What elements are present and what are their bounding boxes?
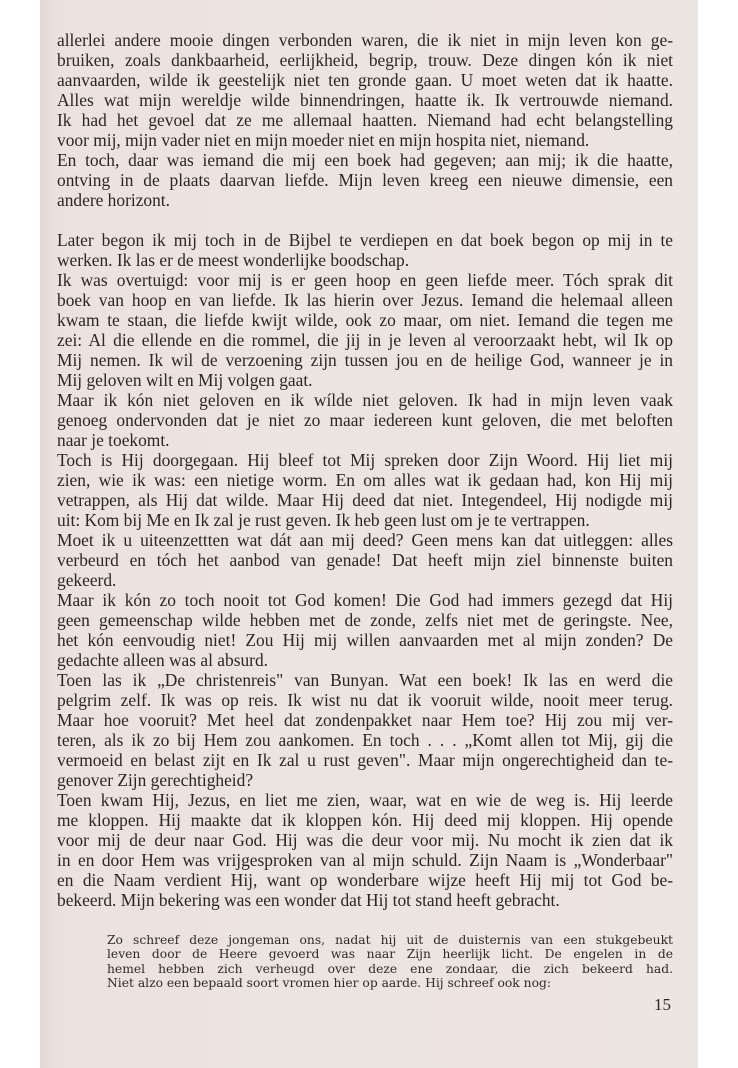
paragraph: Toch is Hij doorgegaan. Hij bleef tot Mi…	[57, 450, 673, 530]
text-line: boek van hoop en van liefde. Ik las hier…	[57, 290, 673, 310]
text-line: aanvaarden, wilde ik geestelijk niet ten…	[57, 70, 673, 90]
paragraph-gap	[57, 210, 673, 230]
paragraph: Later begon ik mij toch in de Bijbel te …	[57, 230, 673, 270]
text-line: geen gemeenschap wilde hebben met de zon…	[57, 610, 673, 630]
text-line: genover Zijn gerechtigheid?	[57, 770, 673, 790]
text-line: zien, wie ik was: een nietige worm. En o…	[57, 470, 673, 490]
text-line: bekeerd. Mijn bekering was een wonder da…	[57, 890, 673, 910]
note-line: Niet alzo een bepaald soort vromen hier …	[107, 976, 673, 990]
note-line: Zo schreef deze jongeman ons, nadat hij …	[107, 933, 673, 947]
note-line: hemel hebben zich verheugd over deze ene…	[107, 962, 673, 976]
text-line: vermoeid en belast zijt en Ik zal u rust…	[57, 750, 673, 770]
paragraph: Toen kwam Hij, Jezus, en liet me zien, w…	[57, 790, 673, 910]
text-line: Alles wat mijn wereldje wilde binnendrin…	[57, 90, 673, 110]
text-line: En toch, daar was iemand die mij een boe…	[57, 150, 673, 170]
text-line: pelgrim zelf. Ik was op reis. Ik wist nu…	[57, 690, 673, 710]
text-line: Moet ik u uiteenzettten wat dát aan mij …	[57, 530, 673, 550]
text-line: Maar ik kón zo toch nooit tot God komen!…	[57, 590, 673, 610]
page-number: 15	[654, 995, 671, 1015]
text-line: Maar hoe vooruit? Met heel dat zondenpak…	[57, 710, 673, 730]
paragraph: Moet ik u uiteenzettten wat dát aan mij …	[57, 530, 673, 590]
text-line: zei: Al die ellende en die rommel, die j…	[57, 330, 673, 350]
text-line: Toen las ik „De christenreis" van Bunyan…	[57, 670, 673, 690]
book-page: allerlei andere mooie dingen verbonden w…	[40, 0, 698, 1068]
text-line: het kón eenvoudig niet! Zou Hij mij will…	[57, 630, 673, 650]
text-line: voor mij, mijn vader niet en mijn moeder…	[57, 130, 673, 150]
text-line: gedachte alleen was al absurd.	[57, 650, 673, 670]
text-line: gekeerd.	[57, 570, 673, 590]
paragraph: allerlei andere mooie dingen verbonden w…	[57, 30, 673, 150]
text-line: andere horizont.	[57, 190, 673, 210]
text-line: allerlei andere mooie dingen verbonden w…	[57, 30, 673, 50]
text-line: Mij geloven wilt en Mij volgen gaat.	[57, 370, 673, 390]
text-line: werken. Ik las er de meest wonderlijke b…	[57, 250, 673, 270]
text-line: Toch is Hij doorgegaan. Hij bleef tot Mi…	[57, 450, 673, 470]
editor-note: Zo schreef deze jongeman ons, nadat hij …	[107, 933, 673, 991]
text-line: kwam te staan, die liefde kwijt wilde, o…	[57, 310, 673, 330]
text-line: ontving in de plaats daarvan liefde. Mij…	[57, 170, 673, 190]
paragraph: Maar ik kón zo toch nooit tot God komen!…	[57, 590, 673, 670]
body-text: allerlei andere mooie dingen verbonden w…	[57, 30, 673, 910]
text-line: en die Naam verdient Hij, want op wonder…	[57, 870, 673, 890]
text-line: Ik had het gevoel dat ze me allemaal haa…	[57, 110, 673, 130]
text-line: Later begon ik mij toch in de Bijbel te …	[57, 230, 673, 250]
text-line: verbeurd en tóch het aanbod van genade! …	[57, 550, 673, 570]
paragraph: Maar ik kón niet geloven en ik wílde nie…	[57, 390, 673, 450]
text-line: Ik was overtuigd: voor mij is er geen ho…	[57, 270, 673, 290]
text-line: bruiken, zoals dankbaarheid, eerlijkheid…	[57, 50, 673, 70]
text-line: naar je toekomt.	[57, 430, 673, 450]
text-line: Mij nemen. Ik wil de verzoening zijn tus…	[57, 350, 673, 370]
text-line: uit: Kom bij Me en Ik zal je rust geven.…	[57, 510, 673, 530]
text-line: voor mij de deur naar God. Hij was die d…	[57, 830, 673, 850]
text-line: Toen kwam Hij, Jezus, en liet me zien, w…	[57, 790, 673, 810]
text-line: teren, als ik zo bij Hem zou aankomen. E…	[57, 730, 673, 750]
note-line: leven door de Heere gevoerd was naar Zij…	[107, 947, 673, 961]
paragraph: En toch, daar was iemand die mij een boe…	[57, 150, 673, 210]
text-line: me kloppen. Hij maakte dat ik kloppen kó…	[57, 810, 673, 830]
text-line: vetrappen, als Hij dat wilde. Maar Hij d…	[57, 490, 673, 510]
text-line: genoeg ondervonden dat je niet zo maar i…	[57, 410, 673, 430]
text-line: in en door Hem was vrijgesproken van al …	[57, 850, 673, 870]
paragraph: Ik was overtuigd: voor mij is er geen ho…	[57, 270, 673, 390]
paragraph: Toen las ik „De christenreis" van Bunyan…	[57, 670, 673, 790]
text-line: Maar ik kón niet geloven en ik wílde nie…	[57, 390, 673, 410]
